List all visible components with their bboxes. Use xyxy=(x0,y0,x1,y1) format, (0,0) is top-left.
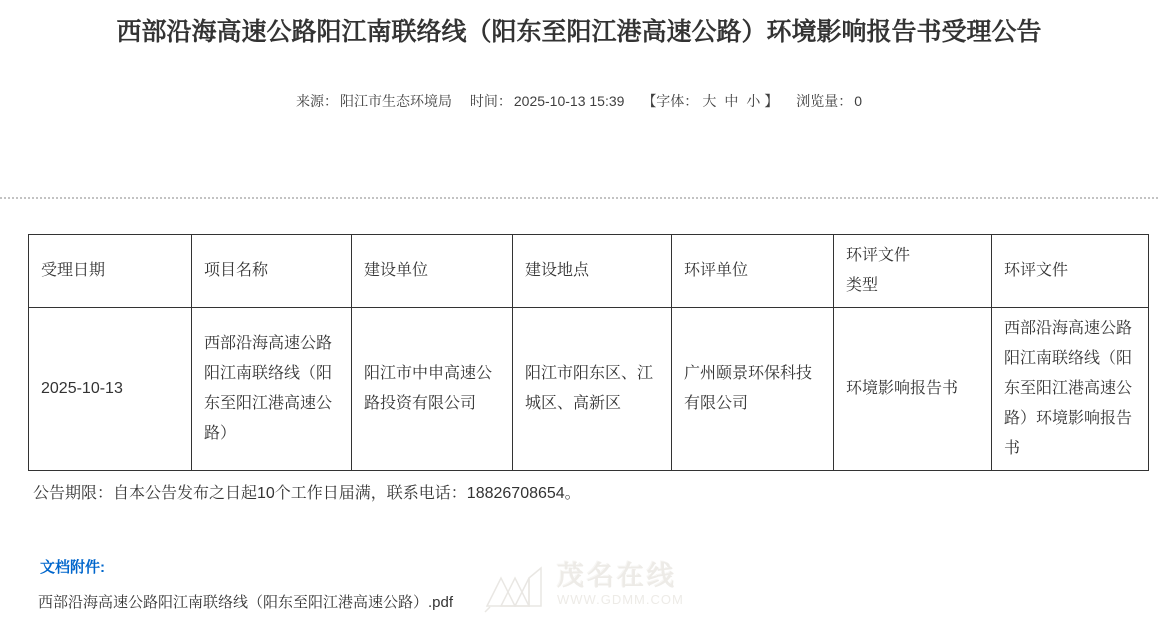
cell-eia-doc: 西部沿海高速公路阳江南联络线（阳东至阳江港高速公路）环境影响报告书 xyxy=(992,308,1149,471)
col-header-project-name: 项目名称 xyxy=(192,235,352,308)
source-label: 来源： xyxy=(296,93,338,109)
dotted-separator xyxy=(0,197,1158,199)
font-size-switch: 【字体：大中小】 xyxy=(642,93,778,109)
font-size-large-button[interactable]: 大 xyxy=(702,93,716,109)
time-value: 2025-10-13 15:39 xyxy=(514,93,625,109)
table-row: 2025-10-13 西部沿海高速公路阳江南联络线（阳东至阳江港高速公路） 阳江… xyxy=(29,308,1149,471)
views-count: 0 xyxy=(854,93,862,109)
cell-project-name: 西部沿海高速公路阳江南联络线（阳东至阳江港高速公路） xyxy=(192,308,352,471)
table-header-row: 受理日期 项目名称 建设单位 建设地点 环评单位 环评文件 类型 环评文件 xyxy=(29,235,1149,308)
font-size-medium-button[interactable]: 中 xyxy=(724,93,738,109)
font-switch-suffix: 】 xyxy=(764,93,778,109)
acceptance-table: 受理日期 项目名称 建设单位 建设地点 环评单位 环评文件 类型 环评文件 20… xyxy=(28,234,1149,471)
attachment-item: 西部沿海高速公路阳江南联络线（阳东至阳江港高速公路）.pdf xyxy=(38,593,1158,613)
col-header-construction-unit: 建设单位 xyxy=(352,235,513,308)
col-header-eia-doc-type: 环评文件 类型 xyxy=(834,235,992,308)
page-title: 西部沿海高速公路阳江南联络线（阳东至阳江港高速公路）环境影响报告书受理公告 xyxy=(0,0,1158,48)
cell-construction-unit: 阳江市中申高速公路投资有限公司 xyxy=(352,308,513,471)
col-header-eia-doc: 环评文件 xyxy=(992,235,1149,308)
source-value: 阳江市生态环境局 xyxy=(340,93,452,109)
attachments-label: 文档附件: xyxy=(40,559,1158,577)
meta-source: 来源：阳江市生态环境局 xyxy=(296,93,452,109)
col-header-construction-site: 建设地点 xyxy=(513,235,672,308)
cell-acceptance-date: 2025-10-13 xyxy=(29,308,192,471)
article-meta: 来源：阳江市生态环境局 时间：2025-10-13 15:39 【字体：大中小】… xyxy=(0,92,1158,110)
attachment-pdf-link[interactable]: 西部沿海高速公路阳江南联络线（阳东至阳江港高速公路）.pdf xyxy=(38,594,453,611)
time-label: 时间： xyxy=(470,93,512,109)
views-label: 浏览量： xyxy=(796,93,852,109)
cell-eia-unit: 广州颐景环保科技有限公司 xyxy=(672,308,834,471)
col-header-acceptance-date: 受理日期 xyxy=(29,235,192,308)
meta-time: 时间：2025-10-13 15:39 xyxy=(470,93,625,109)
cell-eia-doc-type: 环境影响报告书 xyxy=(834,308,992,471)
font-size-small-button[interactable]: 小 xyxy=(746,93,760,109)
notice-period-text: 公告期限：自本公告发布之日起10个工作日届满，联系电话：18826708654。 xyxy=(33,483,1158,505)
col-header-eia-unit: 环评单位 xyxy=(672,235,834,308)
font-switch-prefix: 【字体： xyxy=(642,93,698,109)
cell-construction-site: 阳江市阳东区、江城区、高新区 xyxy=(513,308,672,471)
meta-views: 浏览量：0 xyxy=(796,93,862,109)
